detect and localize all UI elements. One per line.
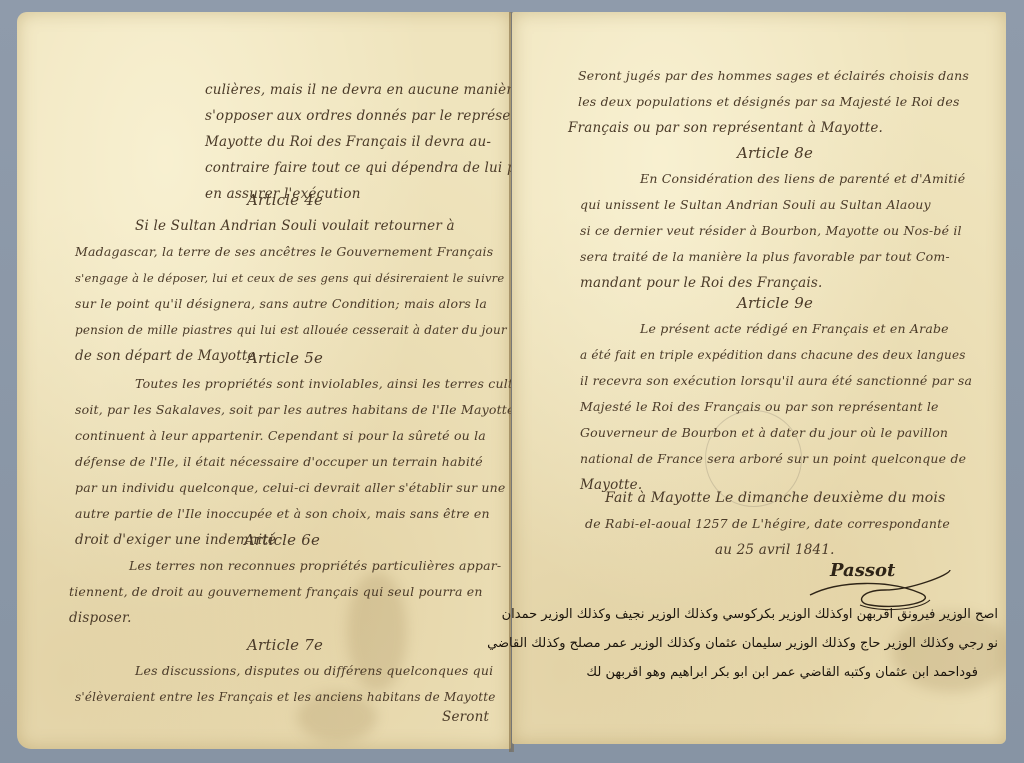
text-line: par un individu quelconque, celui-ci dev… xyxy=(75,475,495,501)
arabic-signatories: اصح الوزير فيرونق اقربهن اوكذلك الوزير ب… xyxy=(522,600,998,687)
text-line: national de France sera arboré sur un po… xyxy=(580,446,1000,472)
text-line: En Considération des liens de parenté et… xyxy=(580,166,1000,192)
text-line: autre partie de l'Ile inoccupée et à son… xyxy=(75,501,495,527)
text-line: culières, mais il ne devra en aucune man… xyxy=(205,77,511,103)
text-line: Madagascar, la terre de ses ancêtres le … xyxy=(75,239,495,265)
left-page: culières, mais il ne devra en aucune man… xyxy=(17,12,511,749)
text-line: défense de l'Ile, il était nécessaire d'… xyxy=(75,449,495,475)
article-8: Article 8e En Considération des liens de… xyxy=(580,140,1000,296)
article-heading: Article 4e xyxy=(75,187,495,213)
text-line: a été fait en triple expédition dans cha… xyxy=(580,342,1000,368)
text-line: Le présent acte rédigé en Français et en… xyxy=(580,316,1000,342)
text-line: Gouverneur de Bourbon et à dater du jour… xyxy=(580,420,1000,446)
text-line: pension de mille piastres qui lui est al… xyxy=(75,317,495,343)
text-line: Seront jugés par des hommes sages et écl… xyxy=(578,63,969,89)
article-heading: Article 9e xyxy=(550,290,1000,316)
text-line: s'opposer aux ordres donnés par le repré… xyxy=(205,103,511,129)
arabic-line: نو رجي وكذلك الوزير حاج وكذلك الوزير سلي… xyxy=(522,629,998,658)
article-7: Article 7e Les discussions, disputes ou … xyxy=(75,632,495,710)
text-line: les deux populations et désignés par sa … xyxy=(578,89,969,115)
text-line: Mayotte du Roi des Français il devra au- xyxy=(205,129,511,155)
text-line: sera traité de la manière la plus favora… xyxy=(580,244,1000,270)
text-line: Majesté le Roi des Français ou par son r… xyxy=(580,394,1000,420)
article-4: Article 4e Si le Sultan Andrian Souli vo… xyxy=(75,187,495,369)
article-9: Article 9e Le présent acte rédigé en Fra… xyxy=(580,290,1000,498)
article-5: Article 5e Toutes les propriétés sont in… xyxy=(75,345,495,553)
text-line: Les terres non reconnues propriétés part… xyxy=(69,553,495,579)
text-line: contraire faire tout ce qui dépendra de … xyxy=(205,155,511,181)
right-continuation-text: Seront jugés par des hommes sages et écl… xyxy=(578,63,969,141)
arabic-line: فوداحمد ابن عثمان وكتبه القاضي عمر ابن ا… xyxy=(522,658,998,687)
text-line: qui unissent le Sultan Andrian Souli au … xyxy=(580,192,1000,218)
text-line: s'élèveraient entre les Français et les … xyxy=(75,684,495,710)
article-heading: Article 7e xyxy=(75,632,495,658)
text-line: sur le point qu'il désignera, sans autre… xyxy=(75,291,495,317)
document-scan: culières, mais il ne devra en aucune man… xyxy=(0,0,1024,763)
catchword: Seront xyxy=(442,704,489,730)
catchword-text: Seront xyxy=(442,704,489,730)
arabic-line: اصح الوزير فيرونق اقربهن اوكذلك الوزير ب… xyxy=(522,600,998,629)
text-line: Français ou par son représentant à Mayot… xyxy=(568,115,969,141)
text-line: Toutes les propriétés sont inviolables, … xyxy=(75,371,495,397)
text-line: si ce dernier veut résider à Bourbon, Ma… xyxy=(580,218,1000,244)
text-line: tiennent, de droit au gouvernement franç… xyxy=(69,579,495,605)
text-line: disposer. xyxy=(69,605,495,631)
article-heading: Article 6e xyxy=(69,527,495,553)
text-line: soit, par les Sakalaves, soit par les au… xyxy=(75,397,495,423)
article-heading: Article 8e xyxy=(550,140,1000,166)
article-heading: Article 5e xyxy=(75,345,495,371)
text-line: continuent à leur appartenir. Cependant … xyxy=(75,423,495,449)
text-line: de Rabi-el-aoual 1257 de L'hégire, date … xyxy=(585,511,1005,537)
text-line: s'engage à le déposer, lui et ceux de se… xyxy=(75,265,495,291)
text-line: au 25 avril 1841. xyxy=(585,537,1005,563)
text-line: il recevra son exécution lorsqu'il aura … xyxy=(580,368,1000,394)
closing-date: Fait à Mayotte Le dimanche deuxième du m… xyxy=(585,485,1005,563)
text-line: Les discussions, disputes ou différens q… xyxy=(75,658,495,684)
text-line: Si le Sultan Andrian Souli voulait retou… xyxy=(75,213,495,239)
text-line: Fait à Mayotte Le dimanche deuxième du m… xyxy=(585,485,1005,511)
article-6: Article 6e Les terres non reconnues prop… xyxy=(69,527,495,631)
